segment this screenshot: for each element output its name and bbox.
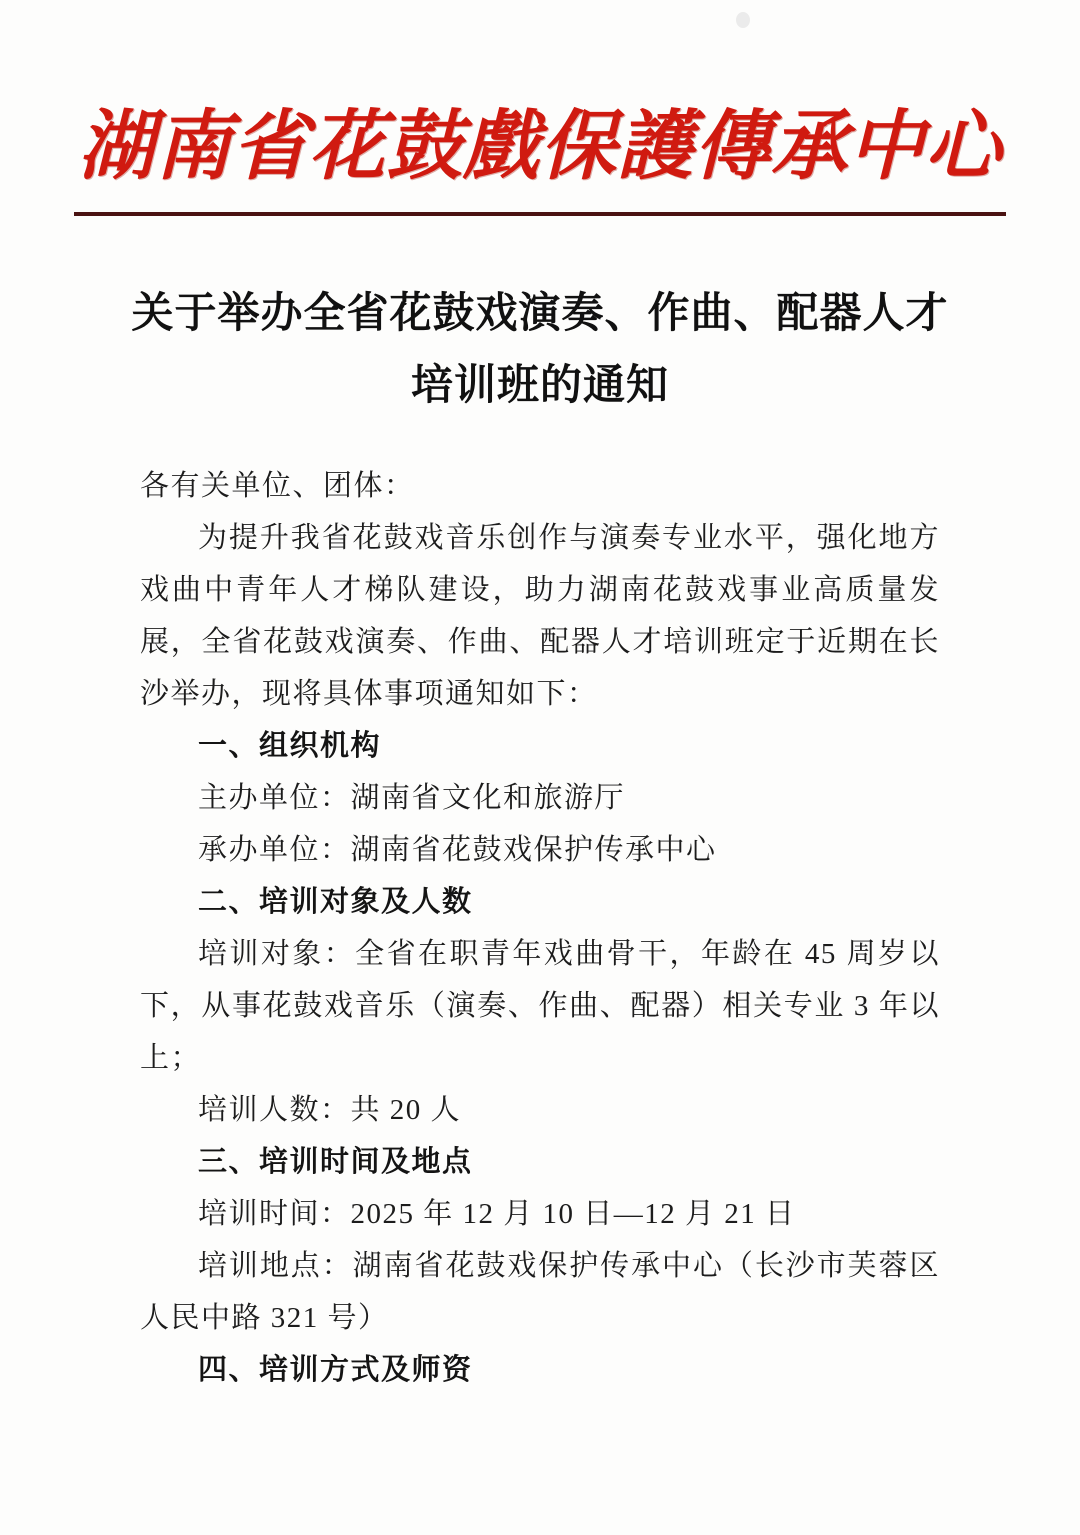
host-organizer-line: 主办单位：湖南省文化和旅游厅 [140, 772, 940, 824]
undertaking-organizer-line: 承办单位：湖南省花鼓戏保护传承中心 [140, 824, 940, 876]
section-4-heading: 四、培训方式及师资 [140, 1344, 940, 1396]
section-2-heading: 二、培训对象及人数 [140, 876, 940, 928]
document-title-line2: 培训班的通知 [411, 363, 669, 409]
scan-artifact [736, 12, 750, 28]
salutation: 各有关单位、团体： [140, 460, 940, 512]
document-title: 关于举办全省花鼓戏演奏、作曲、配器人才 培训班的通知 [110, 278, 970, 422]
training-venue-line: 培训地点：湖南省花鼓戏保护传承中心（长沙市芙蓉区人民中路 321 号） [140, 1240, 940, 1344]
document-title-line1: 关于举办全省花鼓戏演奏、作曲、配器人才 [131, 291, 948, 337]
trainee-criteria-line: 培训对象：全省在职青年戏曲骨干，年龄在 45 周岁以下，从事花鼓戏音乐（演奏、作… [140, 928, 940, 1084]
intro-paragraph: 为提升我省花鼓戏音乐创作与演奏专业水平，强化地方戏曲中青年人才梯队建设，助力湖南… [140, 512, 940, 720]
letterhead-divider [74, 212, 1006, 216]
document-body: 各有关单位、团体： 为提升我省花鼓戏音乐创作与演奏专业水平，强化地方戏曲中青年人… [140, 460, 940, 1396]
letterhead-title: 湖南省花鼓戲保護傳承中心 [0, 92, 1080, 200]
trainee-count-line: 培训人数：共 20 人 [140, 1084, 940, 1136]
training-time-line: 培训时间：2025 年 12 月 10 日—12 月 21 日 [140, 1188, 940, 1240]
section-1-heading: 一、组织机构 [140, 720, 940, 772]
document-page: 湖南省花鼓戲保護傳承中心 关于举办全省花鼓戏演奏、作曲、配器人才 培训班的通知 … [0, 0, 1080, 1535]
section-3-heading: 三、培训时间及地点 [140, 1136, 940, 1188]
